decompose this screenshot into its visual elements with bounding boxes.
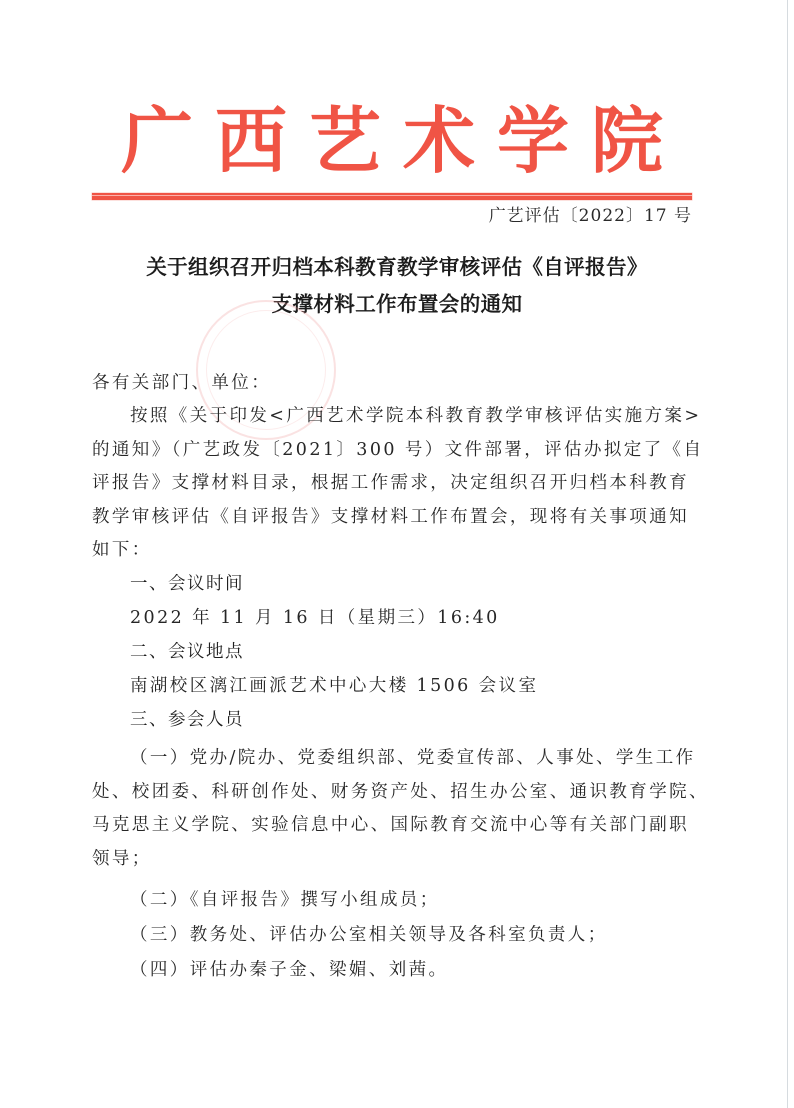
attendee-line: （二）《自评报告》撰写小组成员； xyxy=(92,884,702,918)
attendee-item-1: （一）党办/院办、党委组织部、党委宣传部、人事处、学生工作 处、校团委、科研创作… xyxy=(92,742,702,876)
intro-line: 按照《关于印发<广西艺术学院本科教育教学审核评估实施方案> xyxy=(92,400,702,434)
section-heading: 一、会议时间 xyxy=(92,568,702,602)
addressee-block: 各有关部门、单位： xyxy=(92,367,702,401)
attendee-line: （四）评估办秦子金、梁媚、刘茜。 xyxy=(92,954,702,988)
attendee-line: 马克思主义学院、实验信息中心、国际教育交流中心等有关部门副职 xyxy=(92,809,702,843)
intro-line: 教学审核评估《自评报告》支撑材料工作布置会，现将有关事项通知 xyxy=(92,501,702,535)
attendee-item-3: （三）教务处、评估办公室相关领导及各科室负责人； xyxy=(92,919,702,953)
section-meeting-location: 二、会议地点 南湖校区漓江画派艺术中心大楼 1506 会议室 xyxy=(92,636,702,703)
masthead-red-rule xyxy=(92,193,692,200)
document-title-line-2: 支撑材料工作布置会的通知 xyxy=(80,287,714,317)
attendee-line: 领导； xyxy=(92,843,702,877)
intro-line: 评报告》支撑材料目录，根据工作需求，决定组织召开归档本科教育 xyxy=(92,467,702,501)
scan-edge-line xyxy=(787,0,788,1108)
attendee-item-2: （二）《自评报告》撰写小组成员； xyxy=(92,884,702,918)
document-title-line-1: 关于组织召开归档本科教育教学审核评估《自评报告》 xyxy=(80,250,714,280)
section-meeting-time: 一、会议时间 2022 年 11 月 16 日（星期三）16:40 xyxy=(92,568,702,635)
attendee-item-4: （四）评估办秦子金、梁媚、刘茜。 xyxy=(92,954,702,988)
attendee-line: （一）党办/院办、党委组织部、党委宣传部、人事处、学生工作 xyxy=(92,742,702,776)
document-page: 广西艺术学院 广艺评估〔2022〕17 号 关于组织召开归档本科教育教学审核评估… xyxy=(0,0,794,1108)
section-content: 2022 年 11 月 16 日（星期三）16:40 xyxy=(92,602,702,636)
section-heading: 三、参会人员 xyxy=(92,704,702,738)
section-content: 南湖校区漓江画派艺术中心大楼 1506 会议室 xyxy=(92,670,702,704)
attendee-line: （三）教务处、评估办公室相关领导及各科室负责人； xyxy=(92,919,702,953)
addressee: 各有关部门、单位： xyxy=(92,367,702,401)
intro-line: 如下： xyxy=(92,534,702,568)
section-attendees: 三、参会人员 xyxy=(92,704,702,738)
intro-paragraph: 按照《关于印发<广西艺术学院本科教育教学审核评估实施方案> 的通知》（广艺政发〔… xyxy=(92,400,702,568)
intro-line: 的通知》（广艺政发〔2021〕300 号）文件部署，评估办拟定了《自 xyxy=(92,434,702,468)
attendee-line: 处、校团委、科研创作处、财务资产处、招生办公室、通识教育学院、 xyxy=(92,776,702,810)
masthead-institution-name: 广西艺术学院 xyxy=(92,96,692,186)
document-number: 广艺评估〔2022〕17 号 xyxy=(489,204,692,228)
section-heading: 二、会议地点 xyxy=(92,636,702,670)
